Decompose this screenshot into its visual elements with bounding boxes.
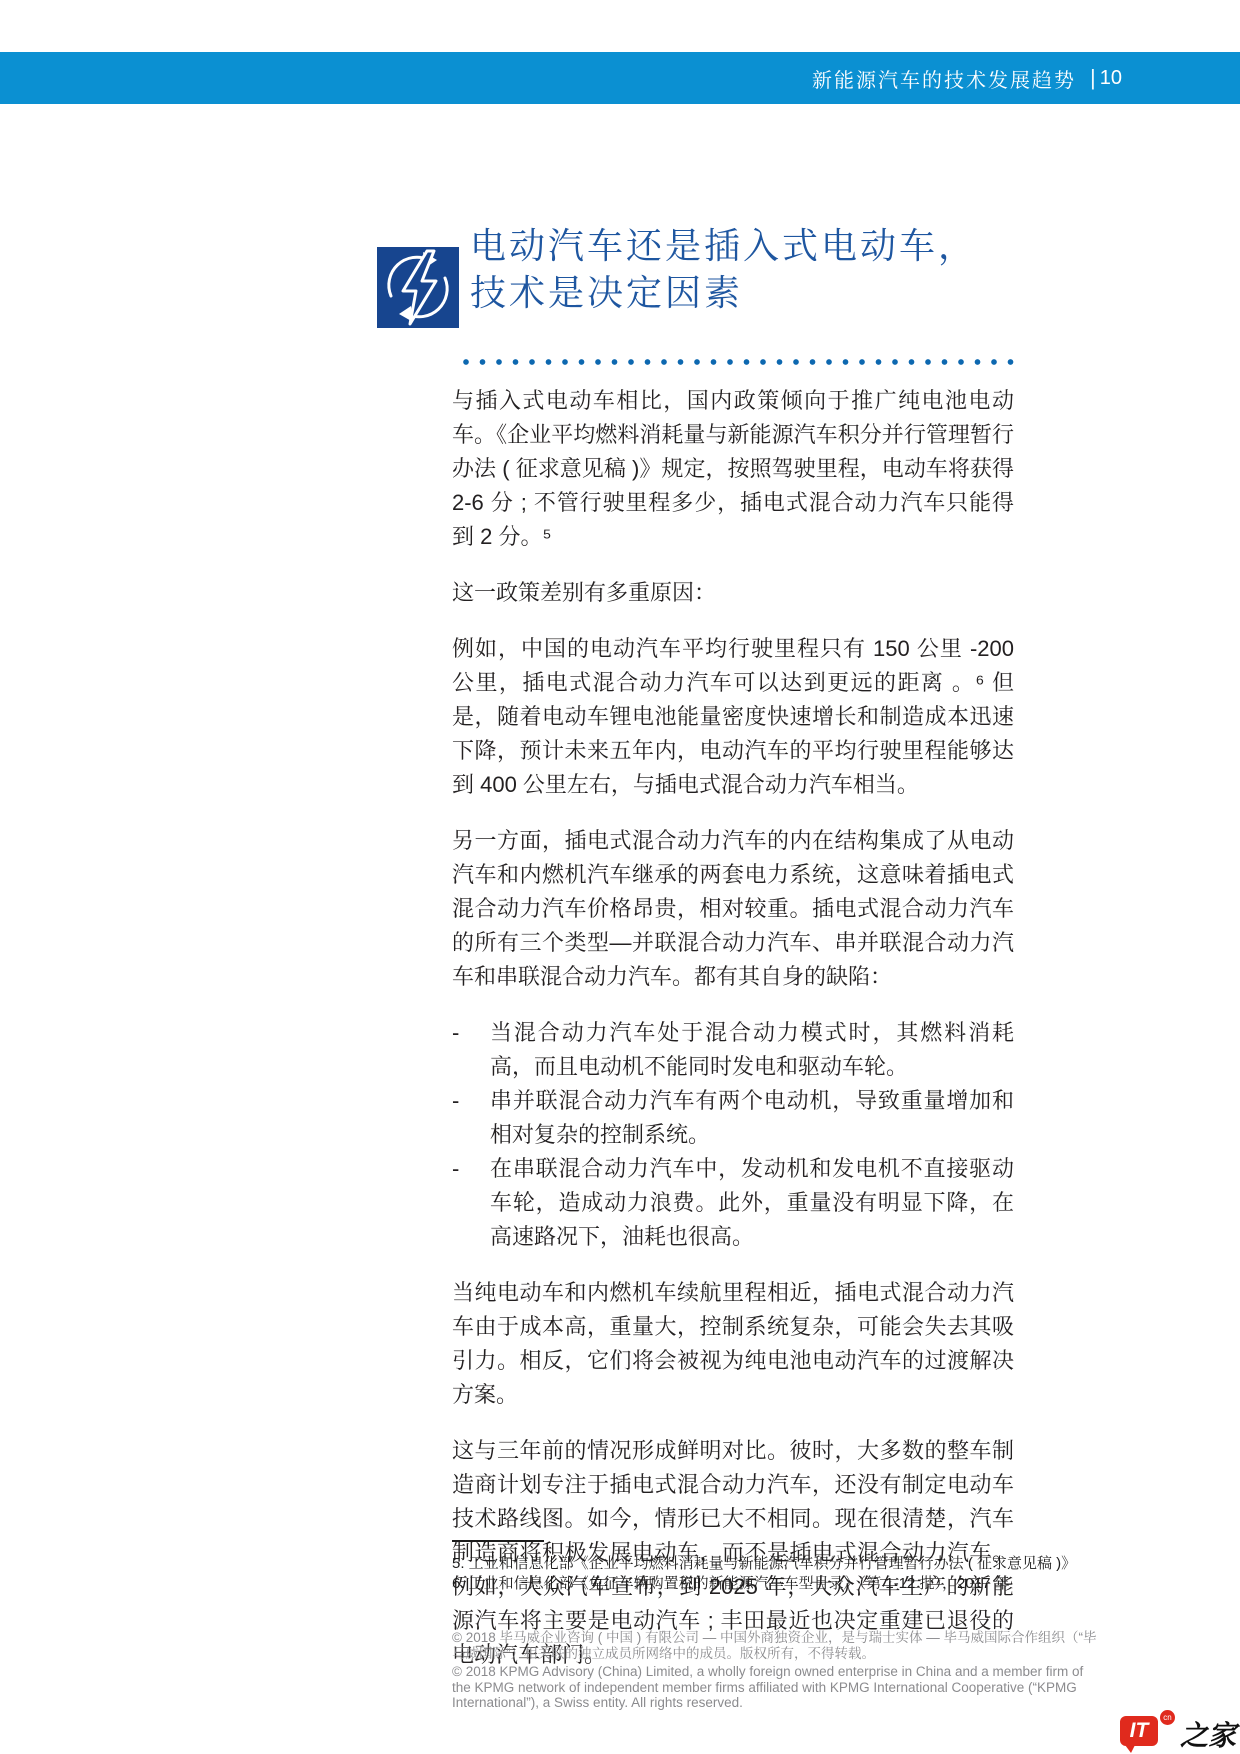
ithome-logo-badge: cn: [1160, 1710, 1175, 1725]
page-header-bar: 新能源汽车的技术发展趋势 | 10: [0, 52, 1240, 104]
footnotes: 5. 工业和信息化部《企业平均燃料消耗量与新能源汽车积分并行管理暂行办法 ( 征…: [452, 1540, 1102, 1594]
copyright-block: © 2018 毕马威企业咨询 ( 中国 ) 有限公司 — 中国外商独资企业，是与…: [452, 1630, 1102, 1711]
footnote: 6. 工业和信息化部《免征车辆购置税的新能源汽车车型目录》（第 1-12 批），…: [452, 1574, 1102, 1594]
list-item-text: 当混合动力汽车处于混合动力模式时，其燃料消耗高，而且电动机不能同时发电和驱动车轮…: [490, 1016, 1014, 1084]
list-item: - 串并联混合动力汽车有两个电动机，导致重量增加和相对复杂的控制系统。: [452, 1084, 1014, 1152]
footnote-list: 5. 工业和信息化部《企业平均燃料消耗量与新能源汽车积分并行管理暂行办法 ( 征…: [452, 1554, 1102, 1594]
list-item-text: 在串联混合动力汽车中，发动机和发电机不直接驱动车轮，造成动力浪费。此外，重量没有…: [490, 1152, 1014, 1254]
bullet-marker: -: [452, 1016, 490, 1084]
paragraph-group-top: 与插入式电动车相比，国内政策倾向于推广纯电池电动车。《企业平均燃料消耗量与新能源…: [452, 384, 1014, 994]
bullet-marker: -: [452, 1084, 490, 1152]
copyright-english: © 2018 KPMG Advisory (China) Limited, a …: [452, 1664, 1102, 1711]
ithome-logo-suffix: 之家: [1180, 1714, 1236, 1754]
paragraph-group-bottom: 当纯电动车和内燃机车续航里程相近，插电式混合动力汽车由于成本高，重量大，控制系统…: [452, 1276, 1014, 1672]
document-page: 新能源汽车的技术发展趋势 | 10 电动汽车还是插入式电动车， 技术是决定因素 …: [0, 0, 1240, 1754]
paragraph: 另一方面，插电式混合动力汽车的内在结构集成了从电动汽车和内燃机汽车继承的两套电力…: [452, 824, 1014, 994]
paragraph: 与插入式电动车相比，国内政策倾向于推广纯电池电动车。《企业平均燃料消耗量与新能源…: [452, 384, 1014, 554]
ithome-logo: IT cn 之家: [1120, 1710, 1236, 1754]
running-header-title: 新能源汽车的技术发展趋势: [812, 64, 1076, 93]
list-item-text: 串并联混合动力汽车有两个电动机，导致重量增加和相对复杂的控制系统。: [490, 1084, 1014, 1152]
bullet-list: - 当混合动力汽车处于混合动力模式时，其燃料消耗高，而且电动机不能同时发电和驱动…: [452, 1016, 1014, 1254]
page-title: 电动汽车还是插入式电动车， 技术是决定因素: [470, 222, 977, 316]
copyright-chinese: © 2018 毕马威企业咨询 ( 中国 ) 有限公司 — 中国外商独资企业，是与…: [452, 1630, 1102, 1661]
footnote-rule: [452, 1540, 544, 1542]
bullet-marker: -: [452, 1152, 490, 1254]
header-separator: |: [1090, 65, 1096, 91]
page-title-line-2: 技术是决定因素: [470, 269, 977, 316]
paragraph: 这一政策差别有多重原因：: [452, 576, 1014, 610]
list-item: - 在串联混合动力汽车中，发动机和发电机不直接驱动车轮，造成动力浪费。此外，重量…: [452, 1152, 1014, 1254]
body-text: 与插入式电动车相比，国内政策倾向于推广纯电池电动车。《企业平均燃料消耗量与新能源…: [452, 384, 1014, 1694]
ithome-logo-bubble: IT: [1120, 1716, 1158, 1746]
page-title-line-1: 电动汽车还是插入式电动车，: [470, 222, 977, 269]
list-item: - 当混合动力汽车处于混合动力模式时，其燃料消耗高，而且电动机不能同时发电和驱动…: [452, 1016, 1014, 1084]
page-number: 10: [1100, 67, 1122, 90]
paragraph: 当纯电动车和内燃机车续航里程相近，插电式混合动力汽车由于成本高，重量大，控制系统…: [452, 1276, 1014, 1412]
paragraph: 例如，中国的电动汽车平均行驶里程只有 150 公里 -200 公里，插电式混合动…: [452, 632, 1014, 802]
footnote: 5. 工业和信息化部《企业平均燃料消耗量与新能源汽车积分并行管理暂行办法 ( 征…: [452, 1554, 1102, 1574]
lightning-cycle-icon: [377, 247, 459, 328]
dotted-separator: [463, 357, 1024, 367]
